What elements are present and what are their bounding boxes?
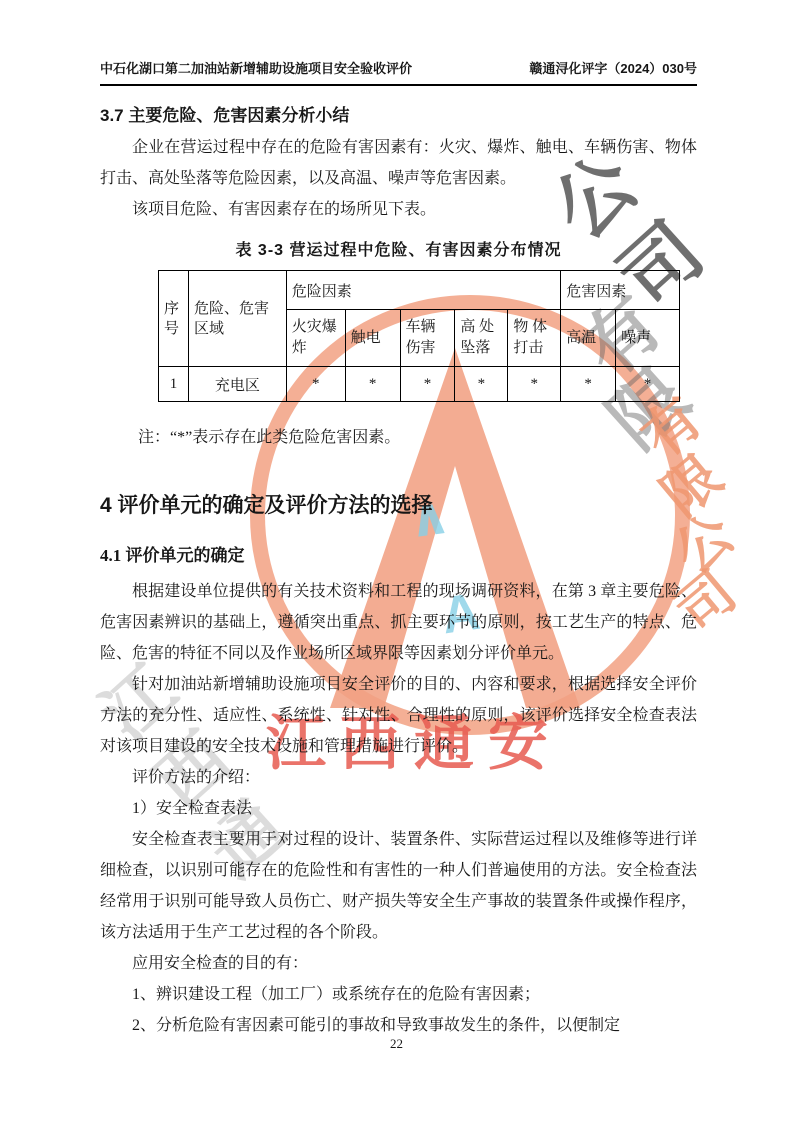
- section-3-7-heading: 3.7 主要危险、危害因素分析小结: [100, 101, 697, 126]
- paragraph-unit-division: 根据建设单位提供的有关技术资料和工程的现场调研资料，在第 3 章主要危险、危害因…: [100, 576, 697, 669]
- table-header-high-temperature: 高温: [561, 310, 616, 367]
- table-header-harm-group: 危害因素: [561, 271, 680, 310]
- table-header-electric-shock: 触电: [345, 310, 400, 367]
- table-header-fire-explosion: 火灾爆 炸: [286, 310, 345, 367]
- table-header-index: 序号: [159, 271, 189, 367]
- table-cell-mark: *: [345, 367, 400, 402]
- table-row: 1 充电区 * * * * * * *: [159, 367, 680, 402]
- header-left-title: 中石化湖口第二加油站新增辅助设施项目安全验收评价: [100, 58, 412, 77]
- table-cell-mark: *: [455, 367, 508, 402]
- table-header-fall-from-height: 高 处坠落: [455, 310, 508, 367]
- table-footnote: 注：“*”表示存在此类危险危害因素。: [138, 422, 697, 453]
- table-header-noise: 噪声: [616, 310, 680, 367]
- document-page: 公 司 有 限 有 限 公 司 江 西 通 ∧ A 江西通安 中石化湖口第二加油…: [0, 0, 793, 1122]
- paragraph-checklist-purpose-label: 应用安全检查的目的有：: [100, 948, 697, 979]
- paragraph-method-selection: 针对加油站新增辅助设施项目安全评价的目的、内容和要求，根据选择安全评价方法的充分…: [100, 669, 697, 762]
- paragraph-method-intro-label: 评价方法的介绍：: [100, 762, 697, 793]
- table-cell-mark: *: [286, 367, 345, 402]
- table-3-3-title: 表 3-3 营运过程中危险、有害因素分布情况: [100, 237, 697, 260]
- table-header-area: 危险、危害区域: [188, 271, 286, 367]
- page-content: 中石化湖口第二加油站新增辅助设施项目安全验收评价 赣通浔化评字（2024）030…: [0, 0, 793, 1041]
- header-right-doc-number: 赣通浔化评字（2024）030号: [529, 58, 697, 77]
- paragraph-checklist-description: 安全检查表主要用于对过程的设计、装置条件、实际营运过程以及维修等进行详细检查，以…: [100, 824, 697, 948]
- hazard-distribution-table: 序号 危险、危害区域 危险因素 危害因素 火灾爆 炸 触电 车辆伤害 高 处坠落…: [158, 270, 680, 402]
- section-4-heading: 4 评价单元的确定及评价方法的选择: [100, 489, 697, 519]
- section-4-1-heading: 4.1 评价单元的确定: [100, 541, 697, 566]
- table-cell-mark: *: [400, 367, 455, 402]
- table-header-danger-group: 危险因素: [286, 271, 560, 310]
- page-number: 22: [0, 1036, 793, 1052]
- table-cell-area: 充电区: [188, 367, 286, 402]
- table-cell-mark: *: [616, 367, 680, 402]
- table-header-object-strike: 物 体打击: [508, 310, 561, 367]
- table-cell-mark: *: [508, 367, 561, 402]
- paragraph-checklist-method-label: 1）安全检查表法: [100, 793, 697, 824]
- paragraph-hazard-summary: 企业在营运过程中存在的危险有害因素有：火灾、爆炸、触电、车辆伤害、物体打击、高处…: [100, 132, 697, 194]
- table-header-vehicle-injury: 车辆伤害: [400, 310, 455, 367]
- table-cell-mark: *: [561, 367, 616, 402]
- paragraph-purpose-item-1: 1、辨识建设工程（加工厂）或系统存在的危险有害因素；: [100, 979, 697, 1010]
- table-cell-index: 1: [159, 367, 189, 402]
- paragraph-table-intro: 该项目危险、有害因素存在的场所见下表。: [100, 194, 697, 225]
- page-header: 中石化湖口第二加油站新增辅助设施项目安全验收评价 赣通浔化评字（2024）030…: [100, 58, 697, 86]
